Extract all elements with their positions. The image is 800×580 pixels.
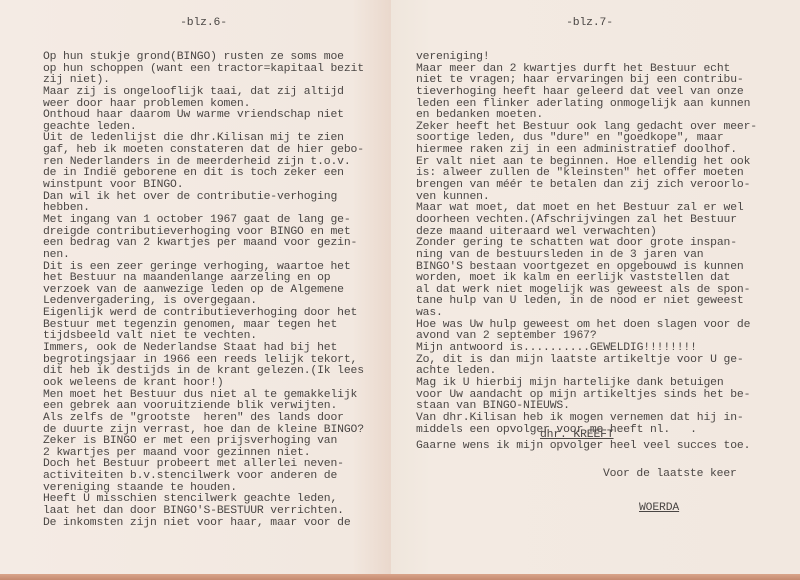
text-line: ook weleens de krant hoor!)	[43, 378, 364, 390]
text-line: tieverhoging heeft haar geleerd dat veel…	[416, 87, 757, 99]
text-line: vereniging!	[416, 52, 757, 64]
text-line: ning van de bestuursleden in de 3 jaren …	[416, 250, 757, 262]
text-line: een bedrag van 2 kwartjes per maand voor…	[43, 238, 364, 250]
text-line: Mijn antwoord is..........GEWELDIG!!!!!!…	[416, 343, 757, 355]
text-line: De inkomsten zijn niet voor haar, maar v…	[43, 518, 364, 530]
page-body-text: Op hun stukje grond(BINGO) rusten ze som…	[43, 52, 364, 529]
text-line: Van dhr.Kilisan heb ik mogen vernemen da…	[416, 413, 757, 425]
right-page: -blz.7- vereniging!Maar meer dan 2 kwart…	[391, 0, 800, 574]
text-line: Met ingang van 1 october 1967 gaat de la…	[43, 215, 364, 227]
text-line: tane hulp van U leden, in de nood er nie…	[416, 296, 757, 308]
author-signature: WOERDA	[639, 503, 679, 515]
left-page: -blz.6- Op hun stukje grond(BINGO) ruste…	[0, 0, 391, 574]
text-line: activiteiten b.v.stencilwerk voor andere…	[43, 471, 364, 483]
text-line: Mag ik U hierbij mijn hartelijke dank be…	[416, 378, 757, 390]
closing-line: Gaarne wens ik mijn opvolger heel veel s…	[416, 441, 750, 453]
text-line: was.	[416, 308, 757, 320]
book-spread: -blz.6- Op hun stukje grond(BINGO) ruste…	[0, 0, 800, 574]
page-body-text: vereniging!Maar meer dan 2 kwartjes durf…	[416, 52, 757, 436]
page-number: -blz.7-	[385, 18, 794, 30]
page-edge	[0, 574, 800, 580]
text-line: Immers, ook de Nederlandse Staat had bij…	[43, 343, 364, 355]
farewell-line: Voor de laatste keer	[603, 469, 737, 481]
text-line: brengen van méér te betalen dan zij zich…	[416, 180, 757, 192]
text-line: Als zelfs de "grootste heren" des lands …	[43, 413, 364, 425]
text-line: winstpunt voor BINGO.	[43, 180, 364, 192]
page-number: -blz.6-	[8, 18, 399, 30]
text-line: Op hun stukje grond(BINGO) rusten ze som…	[43, 52, 364, 64]
text-line: Eigenlijk werd de contributieverhoging d…	[43, 308, 364, 320]
text-line: doorheen vechten.(Afschrijvingen zal het…	[416, 215, 757, 227]
text-line: Maar zij is ongelooflijk taai, dat zij a…	[43, 87, 364, 99]
text-line: nen.	[43, 250, 364, 262]
text-line: laat het dan door BINGO'S-BESTUUR verric…	[43, 506, 364, 518]
text-line: Dan wil ik het over de contributie-verho…	[43, 192, 364, 204]
